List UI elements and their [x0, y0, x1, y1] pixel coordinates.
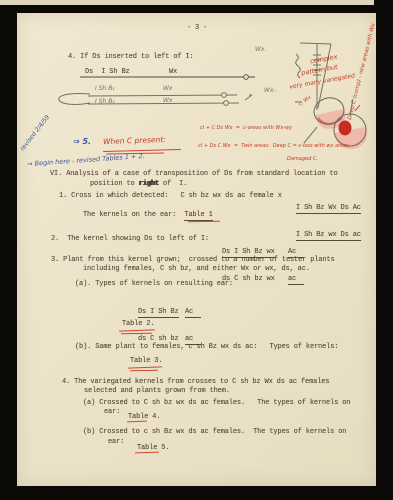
item1-kernels-line: The kernels on the ear: Table 1 [83, 211, 213, 219]
item4a-line1: (a) Crossed to C sh bz wx ds ac females.… [83, 399, 350, 407]
scan-top-paper-edge [0, 0, 374, 5]
section-vi-line2-pre: position to [90, 180, 139, 188]
item4-top-heading: 4. If Ds inserted to left of I: [68, 53, 194, 61]
pencil-label-wx-bottom: Wx- [264, 87, 276, 94]
pencil-scribble [296, 54, 301, 78]
page-number: - 3 - [167, 24, 227, 32]
red-underline-table4 [127, 421, 147, 423]
pencil-label-b2: I Sh B₂ [95, 98, 115, 105]
section-vi-line2: position to right of I. [90, 180, 187, 188]
pencil-chromosome-sketch [59, 93, 252, 106]
section-vi-line1: VI. Analysis of a case of transposition … [50, 170, 338, 178]
section-vi-line2-post: of I. [159, 180, 187, 188]
section-vi-overtyped-word: right [139, 180, 159, 188]
red-underline-table5 [135, 452, 159, 454]
item4-line2: selected and plants grown from them. [84, 387, 230, 395]
item4a-line2: ear: [104, 408, 120, 416]
table1-reference: Table 1 [184, 211, 212, 221]
item1-kernels-text: The kernels on the ear: [83, 211, 184, 219]
pencil-label-wx-top: Wx. [255, 46, 266, 53]
red-underline-table1 [188, 221, 220, 223]
red-note-line1: cI + C Ds Wx = c-areas with Wx-wy [200, 125, 292, 131]
red-note-line2: cI + Ds C Wx = Twin areas: Deep C = c-lo… [198, 143, 351, 149]
document-page: - 3 - 4. If Ds inserted to left of I: Ds… [17, 13, 376, 486]
pencil-label-b1: I Sh B₁ [95, 85, 115, 92]
blue-item5-number: ⇒ 5. [73, 137, 91, 146]
item2-fraction2-denominator: ac [288, 275, 304, 285]
item2-text: 2. The kernel showing Ds to left of I: [51, 235, 209, 243]
blue-date-note: revised 2/4/59 [19, 114, 51, 152]
item1-fraction-denominator: I Sh Bz wx Ds ac [296, 231, 361, 241]
item1-text: 1. Cross in which detected: C sh bz wx d… [59, 192, 282, 200]
item1-genotype-fraction: I Sh Bz Wx Ds Ac I Sh Bz wx Ds ac [296, 187, 361, 258]
red-underline-table3-1 [128, 366, 162, 368]
red-underline-table3-2 [130, 370, 158, 372]
typed-chromosome-line [80, 75, 255, 80]
item4-line1: 4. The variegated kernels from crosses t… [62, 378, 329, 386]
item4b-line1: (b) Crossed to c sh Bz wx ds ac females.… [83, 428, 346, 436]
item3a-text: (a). Types of kernels on resulting ear: [75, 280, 233, 288]
item3-line2: including females, C sh bz, and either W… [83, 265, 310, 273]
blue-begin-here-note: → Begin here - revised Tables 1 + 2. [27, 152, 145, 168]
pencil-loop [59, 93, 90, 104]
pencil-label-wx1: Wx [163, 85, 172, 92]
item3a-fraction1-numerator: Ds I Sh Bz [138, 308, 179, 318]
item4b-line2: ear: [108, 438, 124, 446]
red-when-c-present: When C present: [103, 135, 166, 146]
scanned-document: { "page": { "number": "- 3 -" }, "typed"… [0, 0, 393, 500]
item3-line1: 3. Plant from this kernel grown; crossed… [51, 256, 335, 264]
red-note-line3: Damaged C. [287, 156, 318, 162]
item3a-fraction2-numerator: Ac [185, 308, 201, 318]
red-check-mark [355, 105, 360, 111]
item3b-text: (b). Same plant to females, c sh Bz wx d… [75, 343, 338, 351]
table2-reference: Table 2. [122, 320, 154, 328]
item1-fraction-numerator: I Sh Bz Wx Ds Ac [296, 204, 361, 214]
pencil-label-wx2: Wx [163, 97, 172, 104]
table3-reference: Table 3. [130, 357, 162, 365]
